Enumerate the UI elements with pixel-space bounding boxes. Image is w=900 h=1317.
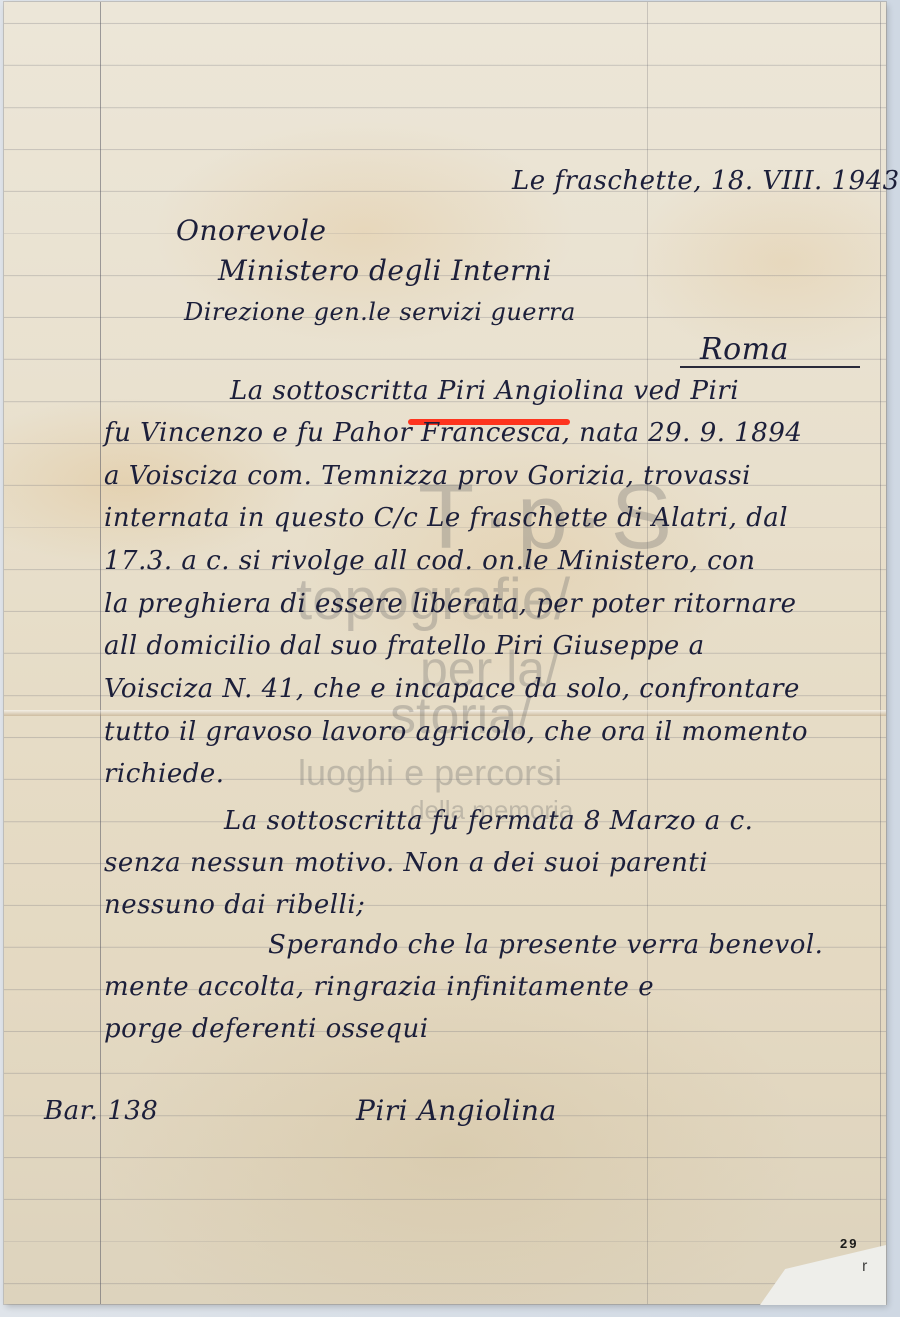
body-line: Sperando che la presente verra benevol. xyxy=(268,930,823,960)
recipient-city: Roma xyxy=(700,332,789,367)
body-line: senza nessun motivo. Non a dei suoi pare… xyxy=(104,848,708,878)
recipient-ministry: Ministero degli Interni xyxy=(218,254,552,287)
body-line: a Voisciza com. Temnizza prov Gorizia, t… xyxy=(104,461,751,491)
body-line: fu Vincenzo e fu Pahor Francesca, nata 2… xyxy=(104,418,802,448)
body-line: mente accolta, ringrazia infinitamente e xyxy=(104,972,654,1002)
body-line: 17.3. a c. si rivolge all cod. on.le Min… xyxy=(104,546,756,576)
reference-number: Bar. 138 xyxy=(44,1096,158,1126)
salutation: Onorevole xyxy=(176,214,327,247)
body-line: internata in questo C/c Le fraschette di… xyxy=(104,503,788,533)
body-line: all domicilio dal suo fratello Piri Gius… xyxy=(104,631,705,661)
body-line: porge deferenti ossequi xyxy=(104,1014,429,1044)
body-line: tutto il gravoso lavoro agricolo, che or… xyxy=(104,717,808,747)
corner-mark: r xyxy=(862,1258,867,1276)
body-line: richiede. xyxy=(104,759,225,789)
body-line: nessuno dai ribelli; xyxy=(104,890,365,920)
body-line: la preghiera di essere liberata, per pot… xyxy=(104,589,797,619)
body-line: La sottoscritta Piri Angiolina ved Piri xyxy=(230,376,739,406)
place-date: Le fraschette, 18. VIII. 1943. xyxy=(512,166,900,196)
recipient-directorate: Direzione gen.le servizi guerra xyxy=(184,298,576,326)
body-line: La sottoscritta fu fermata 8 Marzo a c. xyxy=(224,806,753,836)
paper-fold xyxy=(4,710,886,716)
signature: Piri Angiolina xyxy=(356,1094,557,1127)
city-underline xyxy=(680,366,860,368)
right-margin-line xyxy=(880,2,881,1304)
body-line: Voisciza N. 41, che e incapace da solo, … xyxy=(104,674,800,704)
page-number: 29 xyxy=(840,1236,858,1251)
